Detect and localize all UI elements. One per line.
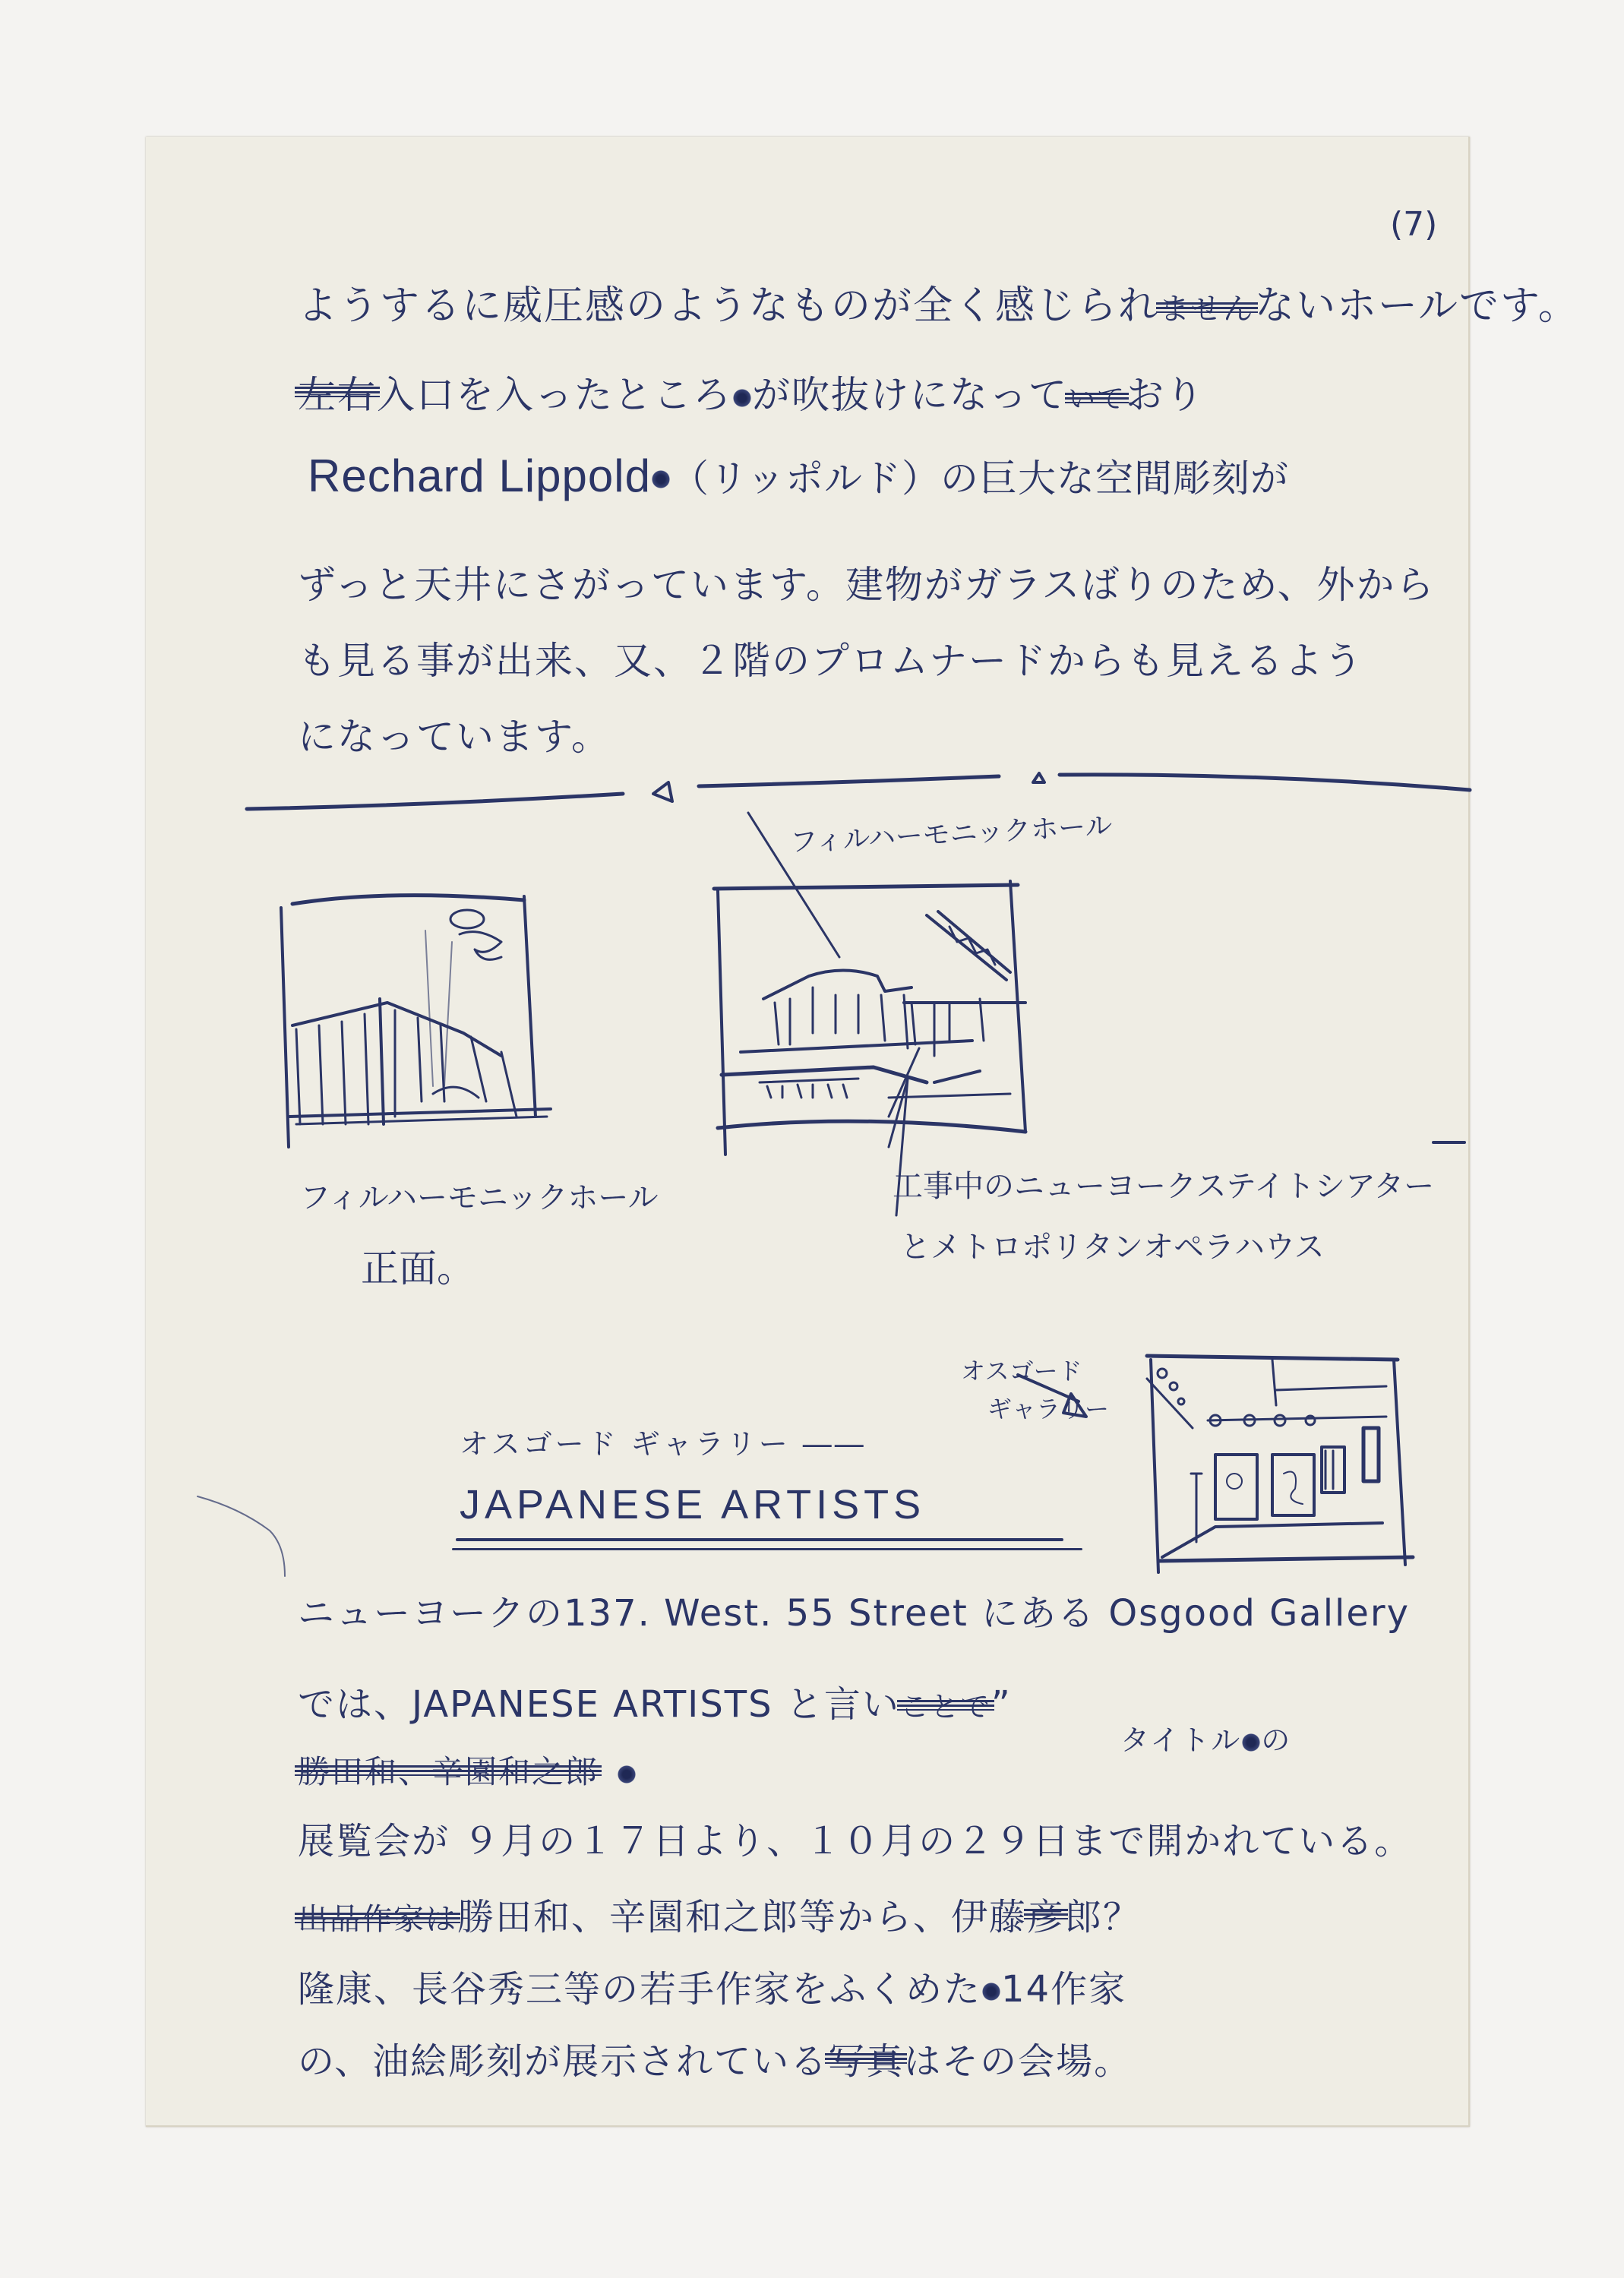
sketch-2-caption-line1: 工事中のニューヨークステイトシアター: [893, 1162, 1434, 1205]
sketch-philharmonic-hall-front: [273, 874, 562, 1147]
heading-underline-2: [452, 1548, 1082, 1550]
text-segment: ないホールです。: [1255, 283, 1579, 329]
struck-text: 彦: [1027, 1888, 1065, 1940]
text-segment: 郎？: [1065, 1896, 1141, 1938]
text-line-3: Rechard Lippold（リッポルド）の巨大な空間彫刻が: [308, 448, 1289, 503]
text-segment: ”: [991, 1683, 1012, 1726]
text-line-2: 左右入口を入ったところが吹抜けになっていており: [298, 365, 1205, 419]
text-segment: おり: [1126, 373, 1205, 417]
sketch-state-theater-met-opera: [706, 881, 1033, 1177]
text-segment: の、油絵彫刻が展示されている: [298, 2040, 828, 2083]
text-segment: 隆康、長谷秀三等の若手作家をふくめた: [298, 1968, 981, 2011]
sketch-1-caption-line2: 正面。: [361, 1238, 475, 1293]
text-segment: 勝田和、辛園和之郎等から、伊藤: [457, 1896, 1027, 1938]
struck-text: いて: [1068, 378, 1126, 416]
text-segment: （リッポルド）の巨大な空間彫刻が: [671, 457, 1289, 500]
heading-underline: [456, 1538, 1063, 1541]
ink-blot: [1241, 1733, 1261, 1752]
text-segment: 入口を入ったところ: [377, 373, 732, 417]
text-line-11: 出品作家は勝田和、辛園和之郎等から、伊藤彦郎？: [298, 1888, 1141, 1940]
text-line-12: 隆康、長谷秀三等の若手作家をふくめた14作家: [298, 1960, 1126, 2012]
ink-blot: [651, 469, 671, 489]
ink-blot: [617, 1765, 637, 1784]
text-line-1: ようするに威圧感のようなものが全く感じられませんないホールです。: [298, 273, 1579, 330]
text-segment: では、JAPANESE ARTISTS と言い: [298, 1683, 900, 1726]
text-segment: ニューヨークの137. West. 55 Street にある Osgood G…: [298, 1592, 1410, 1635]
text-line-6: になっています。: [298, 706, 611, 761]
section-heading-gallery: オスゴード ギャラリー ――: [460, 1420, 867, 1462]
text-segment: が吹抜けになって: [752, 373, 1068, 417]
text-line-10: 展覧会が ９月の１７日より、１０月の２９日まで開かれている。: [298, 1812, 1412, 1864]
margin-dash: [1432, 1141, 1466, 1144]
sketch-3-label-line2: ギャラリー: [987, 1390, 1109, 1425]
text-line-5: も見る事が出来、又、２階のプロムナードからも見えるよう: [298, 630, 1363, 685]
struck-text: ません: [1159, 285, 1255, 328]
text-line-4: ずっと天井にさがっています。建物がガラスばりのため、外から: [298, 554, 1436, 609]
struck-text: 勝田和、辛園和之郎: [298, 1747, 599, 1793]
struck-text: 左右: [298, 365, 377, 419]
struck-text: ことで: [900, 1683, 991, 1725]
text-segment: の: [1261, 1724, 1291, 1757]
sketch-3-label-line1: オスゴード: [961, 1352, 1082, 1387]
sketch-2-caption-line2: とメトロポリタンオペラハウス: [900, 1223, 1325, 1266]
text-segment: 14作家: [1001, 1968, 1126, 2011]
section-divider: [243, 767, 1474, 813]
text-line-7: ニューヨークの137. West. 55 Street にある Osgood G…: [298, 1584, 1410, 1636]
page-number: (7): [1390, 205, 1437, 244]
text-segment: ようするに: [298, 283, 503, 329]
text-insertion-title: タイトルの: [1120, 1717, 1291, 1758]
ink-blot: [732, 388, 752, 408]
text-line-8: では、JAPANESE ARTISTS と言いことで”: [298, 1675, 1012, 1727]
ink-blot: [981, 1982, 1001, 2002]
sketch-osgood-gallery: [1101, 1344, 1420, 1580]
section-heading-title: JAPANESE ARTISTS: [460, 1481, 925, 1528]
text-segment: はその会場。: [904, 2040, 1132, 2083]
text-segment: タイトル: [1120, 1724, 1241, 1757]
struck-text: 出品作家は: [298, 1895, 457, 1938]
text-line-13: の、油絵彫刻が展示されている写真はその会場。: [298, 2032, 1132, 2084]
sketch-1-caption-line1: フィルハーモニックホール: [300, 1174, 659, 1217]
margin-stray-mark: [194, 1493, 315, 1584]
text-segment: Rechard Lippold: [308, 450, 651, 501]
text-line-9: 勝田和、辛園和之郎: [298, 1747, 637, 1793]
struck-text: 写真: [828, 2032, 904, 2084]
text-segment: 威圧感のようなものが全く感じられ: [503, 283, 1159, 329]
